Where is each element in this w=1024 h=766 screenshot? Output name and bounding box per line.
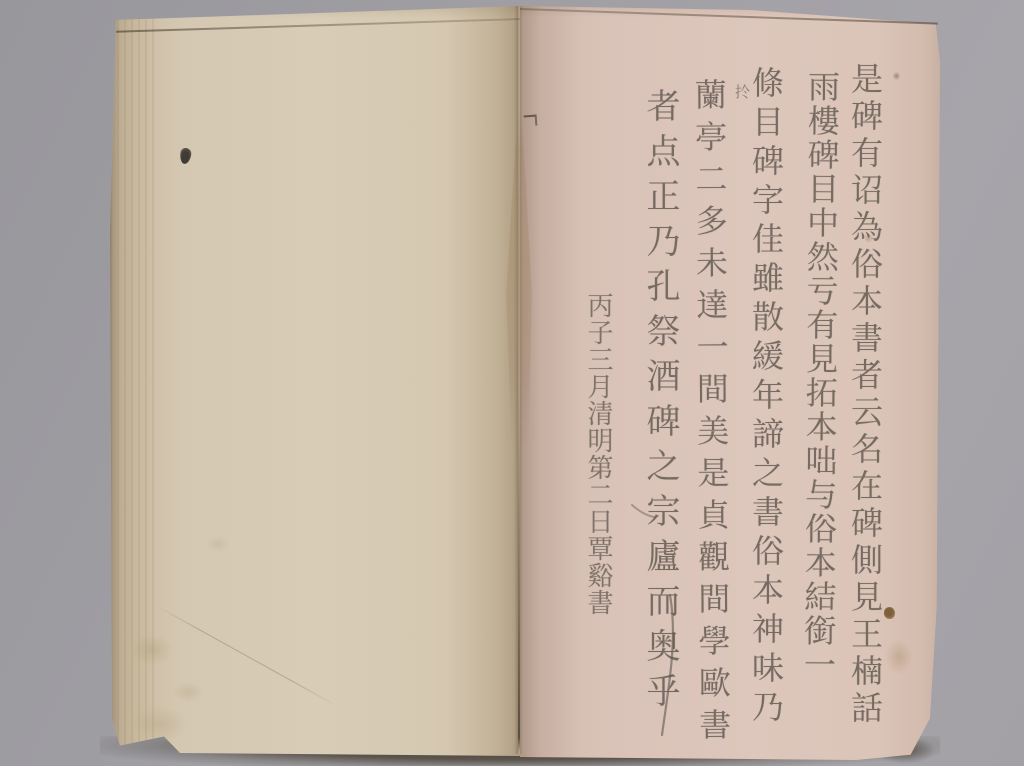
left-page — [110, 4, 520, 756]
text-column-2: 雨樓碑目中然亏有見拓本咄与俗本結銜一 — [795, 70, 845, 682]
calligraphy-text-block: 是碑有诏為俗本書者云名在碑側見王楠話 雨樓碑目中然亏有見拓本咄与俗本結銜一 條目… — [520, 0, 940, 766]
interlinear-insertion-mark: 扵 — [732, 84, 753, 99]
text-column-1: 是碑有诏為俗本書者云名在碑側見王楠話 — [842, 62, 888, 728]
date-signature-column: 丙子三月清明第二日覃谿書 — [580, 292, 617, 616]
photograph-of-open-manuscript: 是碑有诏為俗本書者云名在碑側見王楠話 雨樓碑目中然亏有見拓本咄与俗本結銜一 條目… — [0, 0, 1024, 766]
ink-blot — [179, 147, 192, 164]
paper-stains — [110, 424, 290, 756]
text-column-4: 蘭亭二多未達一間美是貞觀間學歐書 — [686, 78, 737, 750]
text-column-5: 者点正乃孔祭酒碑之宗廬而奥乎 — [636, 88, 685, 718]
text-column-3: 條目碑字佳雖散緩年諦之書俗本神味乃 — [743, 66, 789, 729]
